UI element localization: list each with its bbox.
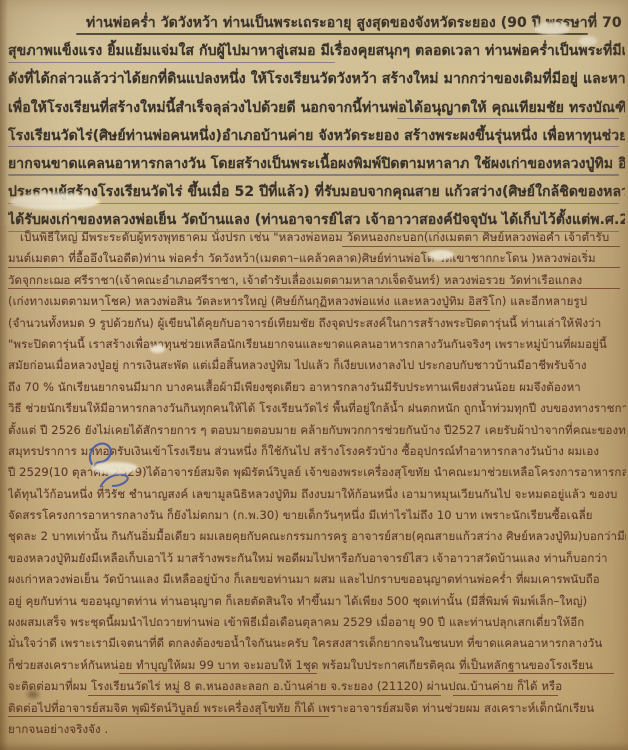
typed-line: ก็ช่วยสงเคราะห์กันหน่อย ทำบุญให้ผม 99 บา…: [8, 655, 626, 676]
typed-line: (เก่งทางเมตตามหาโชค) หลวงพ่อสิน วัดละหาร…: [8, 291, 626, 312]
typed-line: ได้ทุนไว้ก้อนหนึ่ง ที่วิรัช ชำนาญสงค์ เล…: [8, 484, 626, 505]
scanned-document-page: ท่านพ่อคร่ำ วัดวังหว้า ท่านเป็นพระเถระอา…: [0, 0, 628, 750]
handwritten-line: เพื่อให้โรงเรียนที่สร้างใหม่นี้สำเร็จลุล…: [8, 94, 625, 122]
handwritten-line: โรงเรียนวัดไร่(ศิษย์ท่านพ่อคนหนึ่ง)อำเภอ…: [8, 122, 625, 150]
typed-line: มนต์เมตตา ที่อื้ออึงในอดีต)ท่าน พ่อคร่ำ …: [8, 248, 626, 269]
paper-edge-shadow-bottom: [0, 742, 628, 750]
handwritten-line: สุขภาพแข็งแรง ยิ้มแย้มแจ่มใส กับผู้ไปมาห…: [8, 37, 625, 65]
typed-line: อยู่ คุยกับท่าน ขออนุญาตท่าน ท่านอนุญาต …: [8, 591, 626, 612]
typed-line: ติดต่อไปที่อาจารย์สมจิต พุฒิรัตน์วิบูลย์…: [8, 698, 626, 719]
typed-line: จะติดต่อมาที่ผม โรงเรียนวัดไร่ หมู่ 8 ต.…: [8, 676, 626, 697]
typed-line: ตั้งแต่ ปี 2526 ยังไม่เคยได้สักรายการ ๆ …: [8, 420, 626, 441]
handwritten-section: ท่านพ่อคร่ำ วัดวังหว้า ท่านเป็นพระเถระอา…: [8, 9, 625, 235]
typed-line: จัดสรรโครงการอาหารกลางวัน ก็ยังไม่ตกมา (…: [8, 505, 626, 526]
typed-line: สมุทรปราการ มาทอดรับเงินเข้าโรงเรียน ส่ว…: [8, 441, 626, 462]
typed-line: ของหลวงปู่ทิมยังมีเหลือเก็บเอาไว้ มาสร้า…: [8, 548, 626, 569]
typed-line: ปี 2529(10 ตุลาคม 2529)ได้อาจารย์สมจิต พ…: [8, 462, 626, 483]
typed-line: ผงเก่าหลวงพ่อเย็น วัดบ้านแลง มีเหลืออยู่…: [8, 569, 626, 590]
handwritten-line: ประธานผู้สร้างโรงเรียนวัดไร่ ขึ้นเมื่อ 5…: [8, 178, 625, 206]
typed-line: ถึง 70 % นักเรียนยากจนมีมาก บางคนเสื้อผ้…: [8, 377, 626, 398]
typed-line: มั่นใจว่าดี เพราะเรามีเจตนาที่ดี ตกลงต้อ…: [8, 633, 626, 654]
handwritten-line: ยากจนขาดแคลนอาหารกลางวัน โดยสร้างเป็นพระ…: [8, 150, 625, 178]
handwritten-line: ท่านพ่อคร่ำ วัดวังหว้า ท่านเป็นพระเถระอา…: [8, 9, 625, 37]
paper-edge-shadow-left: [0, 0, 8, 750]
typed-line: ผงผสมเสร็จ พระชุดนี้ผมนำไปถวายท่านพ่อ เข…: [8, 612, 626, 633]
typed-line: วัดจุกกะเฌอ ศรีราชา(เจ้าคณะอำเภอศรีราชา,…: [8, 270, 626, 291]
typed-line: ยากจนอย่างจริงจัง .: [8, 719, 626, 740]
typed-line: เป็นพิธีใหญ่ มีพระระดับผู้ทรงพุทธาคม นั่…: [8, 227, 626, 248]
typed-line: สมัยก่อนเมื่อหลวงปู่อยู่ การเงินสะพัด แต…: [8, 355, 626, 376]
typed-line: "พระปิดตารุ่นนี้ เราสร้างเพื่อหาทุนช่วยเ…: [8, 334, 626, 355]
typed-line: ชุดละ 2 บาทเท่านั้น กินกันอิ่มมื้อเดียว …: [8, 526, 626, 547]
typewritten-section: เป็นพิธีใหญ่ มีพระระดับผู้ทรงพุทธาคม นั่…: [8, 227, 626, 740]
handwritten-line: ดังที่ได้กล่าวแล้วว่าได้ยกที่ดินแปลงหนึ่…: [8, 65, 625, 93]
typed-line: (จำนวนทั้งหมด 9 รูปด้วยกัน) ผู้เขียนได้ค…: [8, 313, 626, 334]
typed-line: วิธี ช่วยนักเรียนให้มีอาหารกลางวันกินทุก…: [8, 398, 626, 419]
